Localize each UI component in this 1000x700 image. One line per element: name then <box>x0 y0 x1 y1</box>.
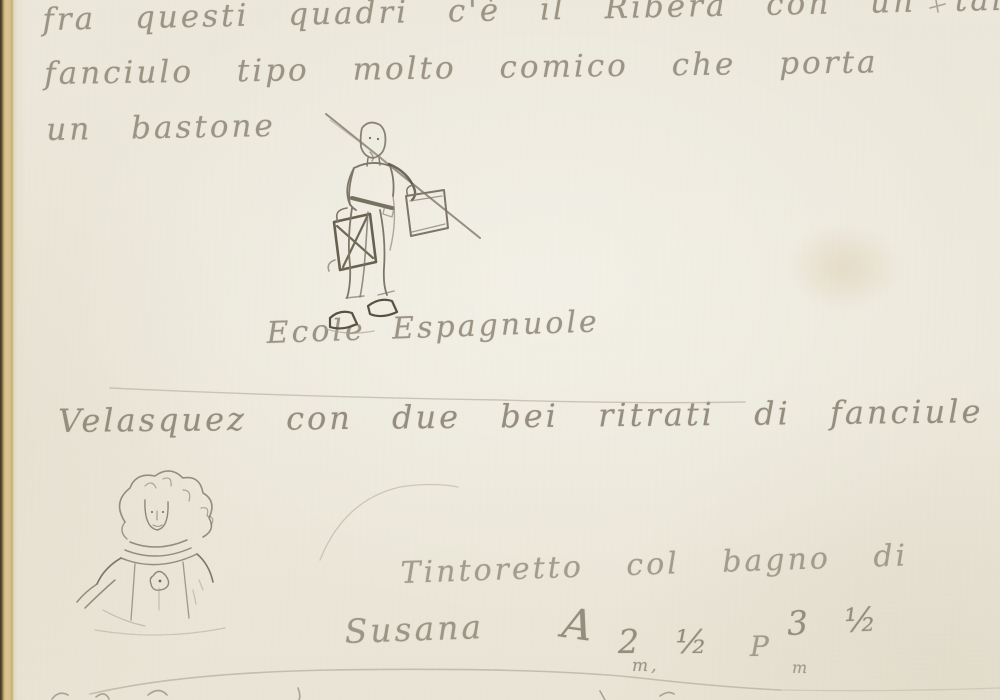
pencil-rule-upper <box>0 0 1000 700</box>
manuscript-page: { "document": { "type": "handwritten ske… <box>0 0 1000 700</box>
